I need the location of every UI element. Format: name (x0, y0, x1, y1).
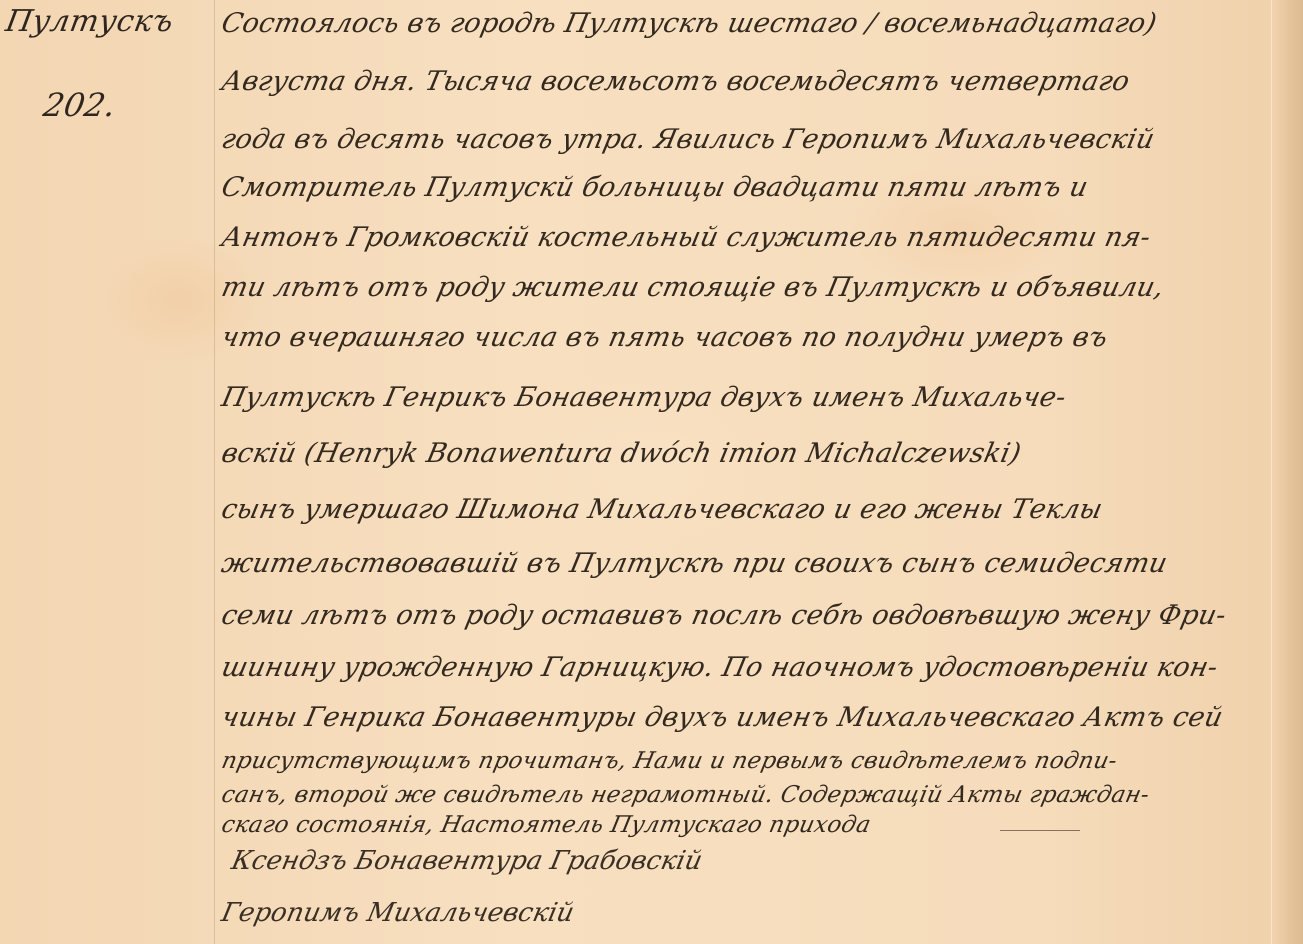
record-line: Августа дня. Тысяча восемьсотъ восемьдес… (219, 66, 1133, 97)
record-line: сынъ умершаго Шимона Михальчевскаго и ег… (219, 494, 1106, 525)
record-line: жительствовавшій въ Пултускѣ при своихъ … (219, 548, 1171, 579)
record-line: ти лѣтъ отъ роду жители стоящіе въ Пулту… (219, 272, 1167, 303)
priest-signature: Ксендзъ Бонавентура Грабовскій (229, 846, 705, 876)
closing-flourish-line (1000, 830, 1080, 831)
record-line: санъ, второй же свидѣтель неграмотный. С… (219, 782, 1151, 808)
margin-rule (214, 0, 215, 944)
record-line: вскій (Henryk Bonawentura dwóch imion Mi… (219, 438, 1024, 469)
record-line: шинину урожденную Гарницкую. По наочномъ… (219, 652, 1221, 683)
record-number: 202. (41, 86, 119, 124)
record-line: что вчерашняго числа въ пять часовъ по п… (219, 322, 1111, 353)
right-page-rule (1271, 0, 1272, 944)
record-line: Пултускѣ Генрикъ Бонавентура двухъ именъ… (219, 382, 1069, 413)
record-line: присутствующимъ прочитанъ, Нами и первым… (219, 748, 1119, 774)
record-line: Антонъ Громковскій костельный служитель … (219, 222, 1154, 253)
record-line: семи лѣтъ отъ роду оставивъ послѣ себѣ о… (219, 600, 1229, 631)
record-line: Состоялось въ городѣ Пултускѣ шестаго / … (219, 8, 1160, 39)
record-line: чины Генрика Бонавентуры двухъ именъ Мих… (219, 702, 1226, 733)
record-line: скаго состоянія, Настоятель Пултускаго п… (219, 812, 873, 838)
margin-place-name: Пултускъ (3, 4, 176, 39)
record-line: Смотритель Пултускй больницы двадцати пя… (219, 172, 1091, 203)
page-edge-shadow (1275, 0, 1303, 944)
witness-signature: Героnимъ Михальчевскій (219, 898, 577, 928)
record-line: года въ десять часовъ утра. Явились Геро… (219, 124, 1158, 155)
